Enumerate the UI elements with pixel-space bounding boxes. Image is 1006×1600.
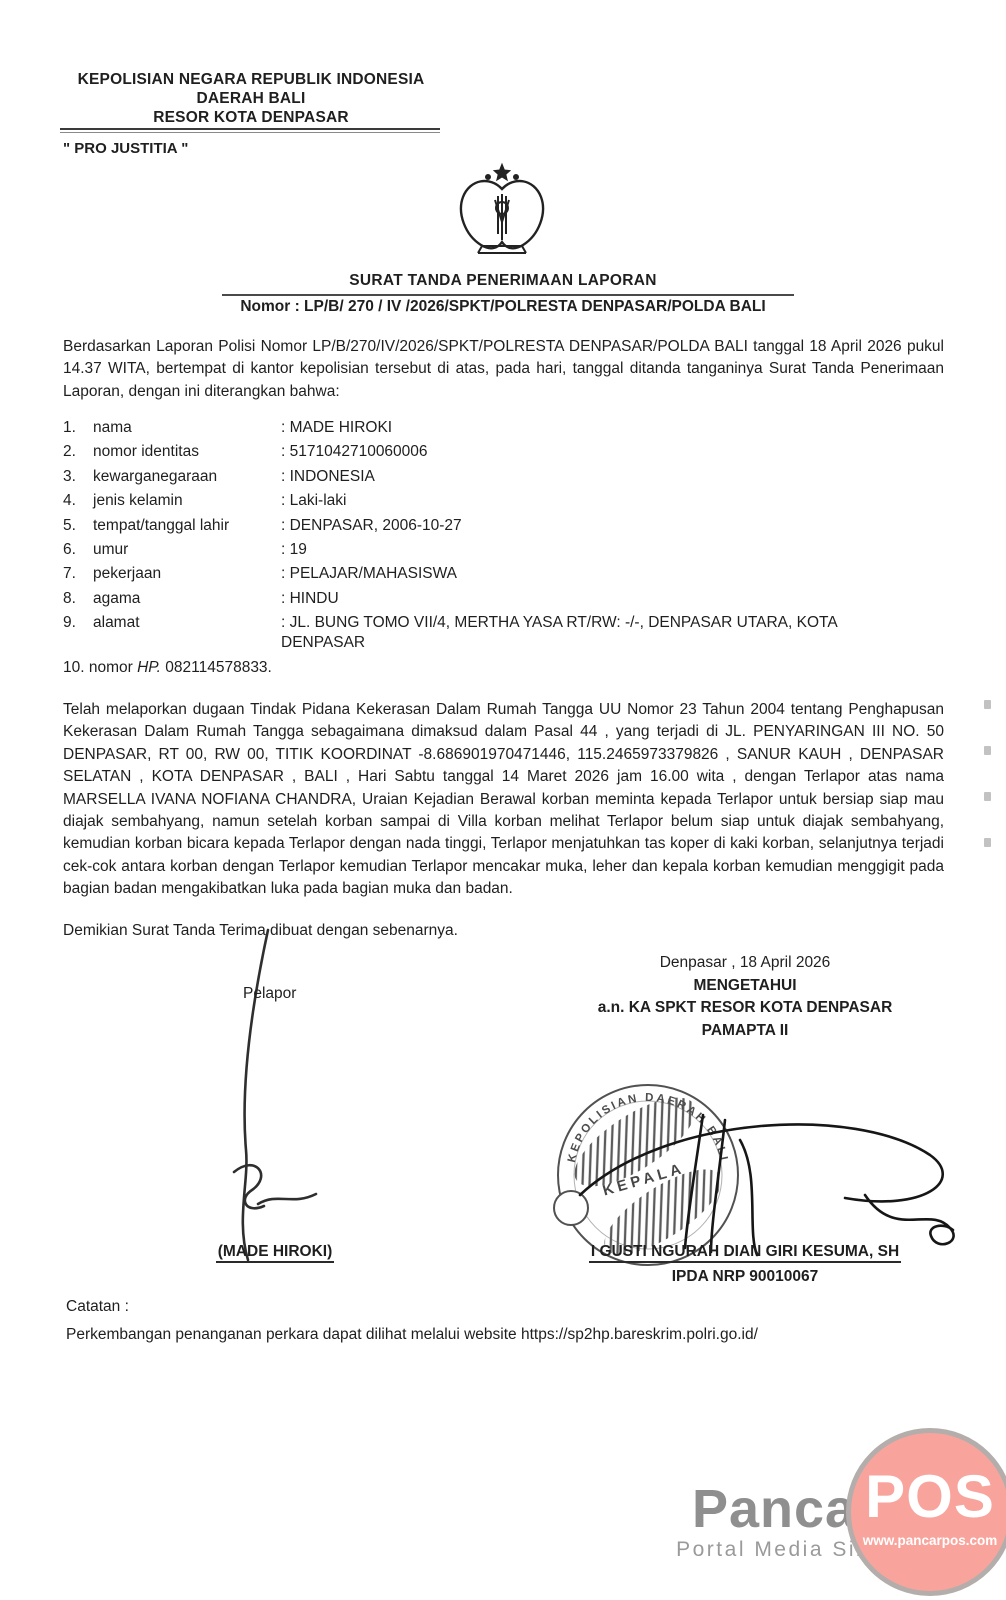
letterhead-divider	[60, 128, 440, 133]
watermark-badge: POS www.pancarpos.com	[846, 1428, 1006, 1596]
pro-justitia-label: " PRO JUSTITIA "	[63, 140, 188, 157]
identity-row-nomor-identitas: 2. nomor identitas : 5171042710060006	[63, 442, 944, 462]
identity-row-ttl: 5. tempat/tanggal lahir : DENPASAR, 2006…	[63, 516, 944, 536]
report-paragraph: Telah melaporkan dugaan Tindak Pidana Ke…	[63, 699, 944, 901]
document-title: SURAT TANDA PENERIMAAN LAPORAN	[0, 272, 1006, 290]
document-number: Nomor : LP/B/ 270 / IV /2026/SPKT/POLRES…	[0, 298, 1006, 316]
identity-list: 1. nama : MADE HIROKI 2. nomor identitas…	[63, 418, 944, 658]
official-signature-block: Denpasar , 18 April 2026 MENGETAHUI a.n.…	[540, 952, 950, 1042]
identity-row-jenis-kelamin: 4. jenis kelamin : Laki-laki	[63, 491, 944, 511]
identity-row-pekerjaan: 7. pekerjaan : PELAJAR/MAHASISWA	[63, 564, 944, 584]
reporter-signature	[150, 920, 350, 1265]
scan-artifact	[984, 792, 991, 801]
notes-text: Perkembangan penanganan perkara dapat di…	[66, 1326, 926, 1344]
place-date: Denpasar , 18 April 2026	[540, 952, 950, 975]
watermark-badge-url: www.pancarpos.com	[851, 1533, 1006, 1548]
scan-artifact	[984, 746, 991, 755]
letterhead: KEPOLISIAN NEGARA REPUBLIK INDONESIA DAE…	[60, 70, 442, 127]
watermark-badge-text: POS	[851, 1467, 1006, 1527]
intro-paragraph: Berdasarkan Laporan Polisi Nomor LP/B/27…	[63, 336, 944, 403]
letterhead-line3: RESOR KOTA DENPASAR	[60, 108, 442, 127]
official-name: I GUSTI NGURAH DIAN GIRI KESUMA, SH	[545, 1243, 945, 1261]
scan-artifact	[984, 700, 991, 709]
scan-artifact	[984, 838, 991, 847]
identity-row-nomor-hp: 10. nomor HP. 082114578833.	[63, 659, 272, 677]
identity-row-alamat: 9. alamat : JL. BUNG TOMO VII/4, MERTHA …	[63, 613, 944, 653]
identity-row-nama: 1. nama : MADE HIROKI	[63, 418, 944, 438]
duty-officer-label: PAMAPTA II	[540, 1020, 950, 1043]
notes-label: Catatan :	[66, 1298, 129, 1316]
reporter-name: (MADE HIROKI)	[150, 1243, 400, 1261]
police-emblem-icon	[452, 162, 552, 267]
official-rank-nrp: IPDA NRP 90010067	[545, 1268, 945, 1286]
document-page: KEPOLISIAN NEGARA REPUBLIK INDONESIA DAE…	[0, 0, 1006, 1600]
letterhead-line2: DAERAH BALI	[60, 89, 442, 108]
title-underline	[222, 294, 794, 297]
identity-row-agama: 8. agama : HINDU	[63, 589, 944, 609]
on-behalf-label: a.n. KA SPKT RESOR KOTA DENPASAR	[540, 997, 950, 1020]
letterhead-line1: KEPOLISIAN NEGARA REPUBLIK INDONESIA	[60, 70, 442, 89]
identity-row-kewarganegaraan: 3. kewarganegaraan : INDONESIA	[63, 467, 944, 487]
identity-row-umur: 6. umur : 19	[63, 540, 944, 560]
acknowledge-label: MENGETAHUI	[540, 975, 950, 998]
